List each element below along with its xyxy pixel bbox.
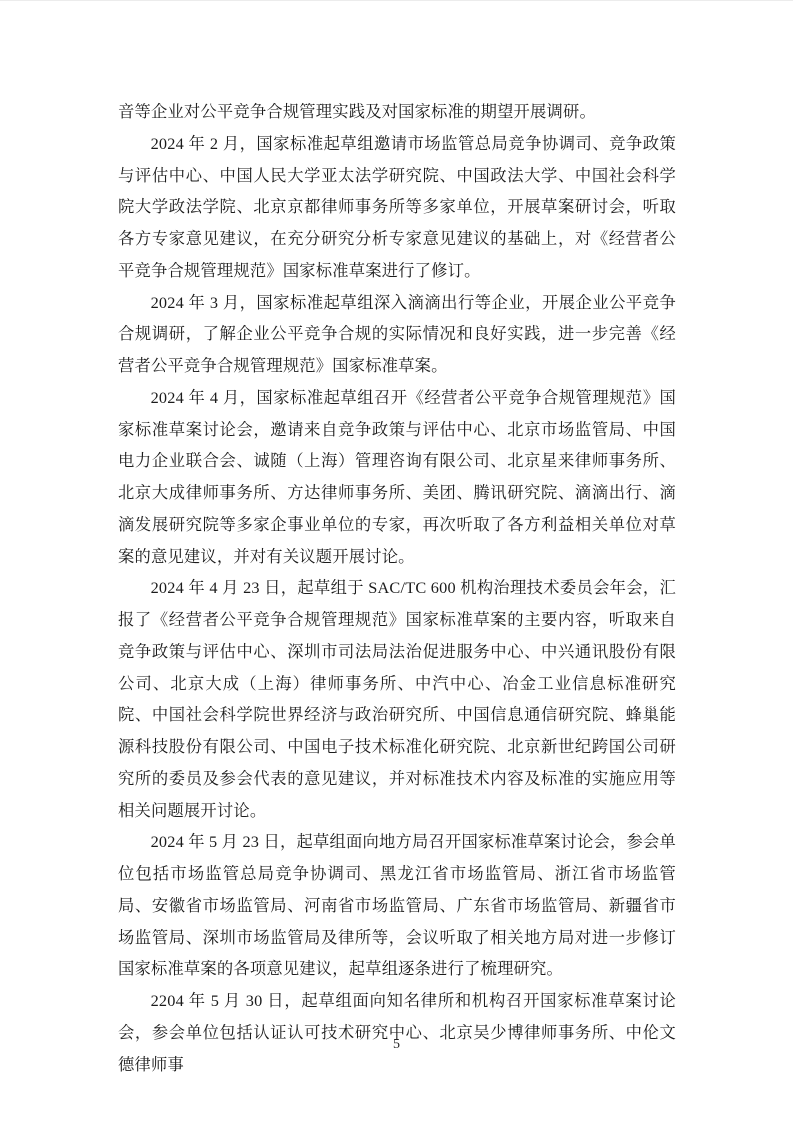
paragraph-2024-03: 2024 年 3 月，国家标准起草组深入滴滴出行等企业，开展企业公平竞争合规调研… (118, 287, 676, 382)
paragraph-2024-02: 2024 年 2 月，国家标准起草组邀请市场监管总局竞争协调司、竞争政策与评估中… (118, 128, 676, 287)
paragraph-2024-05-30: 2204 年 5 月 30 日，起草组面向知名律所和机构召开国家标准草案讨论会，… (118, 985, 676, 1080)
page-number: 5 (393, 1037, 400, 1052)
body-text: 音等企业对公平竞争合规管理实践及对国家标准的期望开展调研。 2024 年 2 月… (118, 96, 676, 1080)
paragraph-2024-05-23: 2024 年 5 月 23 日，起草组面向地方局召开国家标准草案讨论会，参会单位… (118, 826, 676, 985)
page-footer: 5 (0, 1037, 793, 1053)
paragraph-2024-04-23: 2024 年 4 月 23 日，起草组于 SAC/TC 600 机构治理技术委员… (118, 572, 676, 826)
document-page: 音等企业对公平竞争合规管理实践及对国家标准的期望开展调研。 2024 年 2 月… (0, 0, 793, 1122)
paragraph-2024-04: 2024 年 4 月，国家标准起草组召开《经营者公平竞争合规管理规范》国家标准草… (118, 382, 676, 573)
paragraph-continuation: 音等企业对公平竞争合规管理实践及对国家标准的期望开展调研。 (118, 96, 676, 128)
